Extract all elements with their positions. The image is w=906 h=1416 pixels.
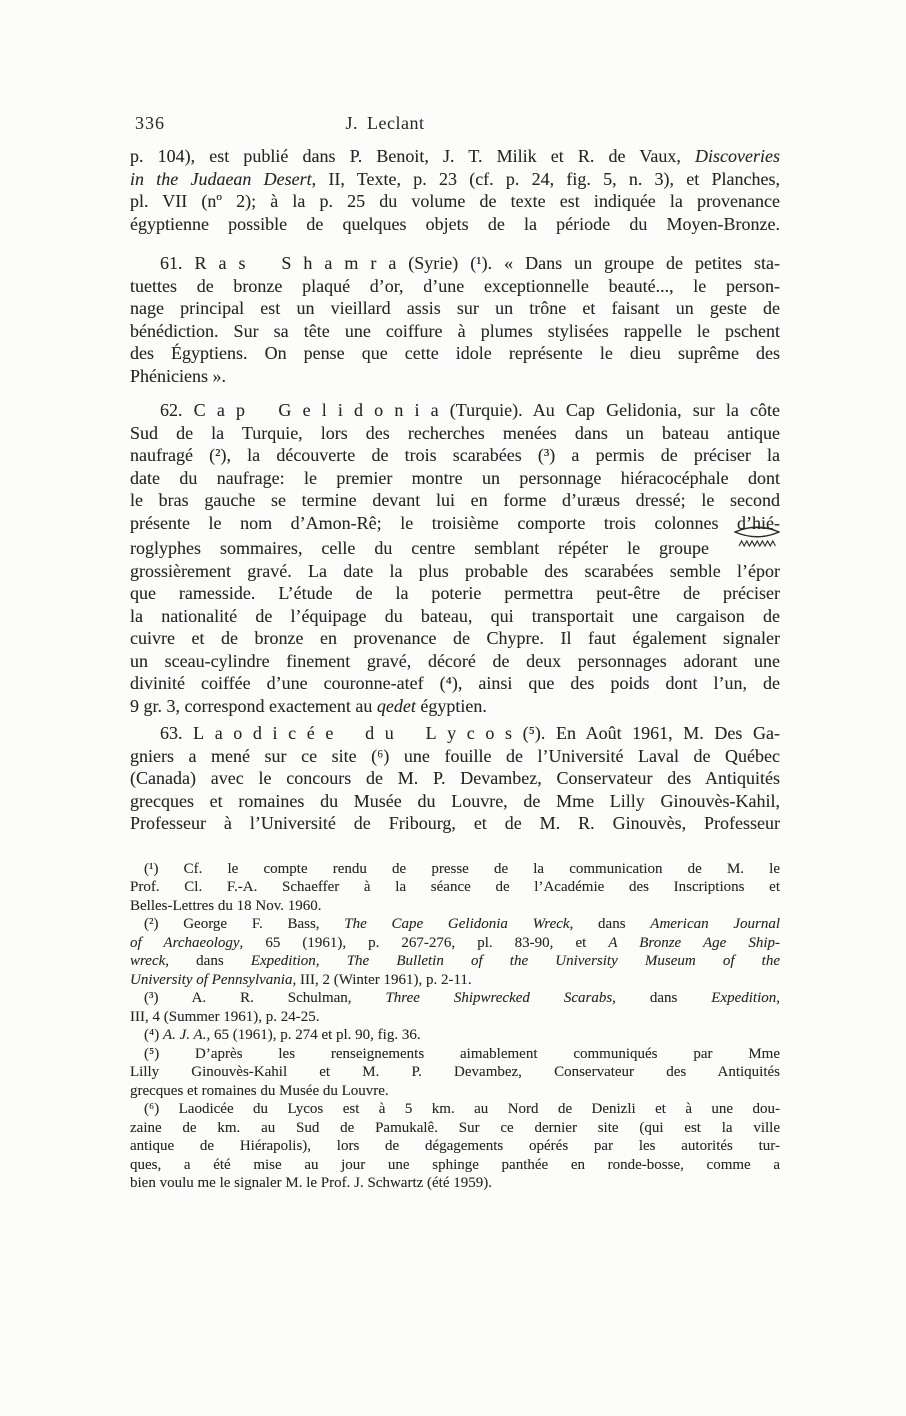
text-line: (⁵) D’après les renseignements aimableme… <box>130 1045 780 1064</box>
text-line: (³) A. R. Schulman, Three Shipwrecked Sc… <box>130 989 780 1008</box>
text-line: (⁴) A. J. A., 65 (1961), p. 274 et pl. 9… <box>130 1026 780 1045</box>
footnote-2: (²) George F. Bass, The Cape Gelidonia W… <box>130 915 780 989</box>
footnote-5: (⁵) D’après les renseignements aimableme… <box>130 1045 780 1101</box>
text-line: présente le nom d’Amon-Rê; le troisième … <box>130 512 780 535</box>
footnotes-block: (¹) Cf. le compte rendu de presse de la … <box>130 860 780 1193</box>
text-line: pl. VII (nº 2); à la p. 25 du volume de … <box>130 190 780 213</box>
text-line: bénédiction. Sur sa tête une coiffure à … <box>130 320 780 343</box>
text-line: grossièrement gravé. La date la plus pro… <box>130 560 780 583</box>
text-line: 61. R a s S h a m r a (Syrie) (¹). « Dan… <box>130 252 780 275</box>
section-61-ras-shamra: 61. R a s S h a m r a (Syrie) (¹). « Dan… <box>130 252 780 387</box>
text-line: Sud de la Turquie, lors des recherches m… <box>130 422 780 445</box>
section-62-cap-gelidonia: 62. C a p G e l i d o n i a (Turquie). A… <box>130 399 780 717</box>
running-header: 336 J. Leclant <box>130 113 780 135</box>
footnote-1: (¹) Cf. le compte rendu de presse de la … <box>130 860 780 916</box>
text-line: (Canada) avec le concours de M. P. Devam… <box>130 767 780 790</box>
body-text: p. 104), est publié dans P. Benoit, J. T… <box>130 145 780 835</box>
footnote-6: (⁶) Laodicée du Lycos est à 5 km. au Nor… <box>130 1100 780 1193</box>
text-line: University of Pennsylvania, III, 2 (Wint… <box>130 971 780 990</box>
text-line: que ramesside. L’étude de la poterie per… <box>130 582 780 605</box>
text-line: (¹) Cf. le compte rendu de presse de la … <box>130 860 780 879</box>
text-line: égyptienne possible de quelques objets d… <box>130 213 780 236</box>
text-line: of Archaeology, 65 (1961), p. 267-276, p… <box>130 934 780 953</box>
text-line: III, 4 (Summer 1961), p. 24-25. <box>130 1008 780 1027</box>
text-line: 62. C a p G e l i d o n i a (Turquie). A… <box>130 399 780 422</box>
text-line: zaine de km. au Sud de Pamukalê. Sur ce … <box>130 1119 780 1138</box>
footnote-4: (⁴) A. J. A., 65 (1961), p. 274 et pl. 9… <box>130 1026 780 1045</box>
text-line: divinité coiffée d’une couronne-atef (⁴)… <box>130 672 780 695</box>
text-line: cuivre et de bronze en provenance de Chy… <box>130 627 780 650</box>
text-line: naufragé (²), la découverte de trois sca… <box>130 444 780 467</box>
text-column: 336 J. Leclant p. 104), est publié dans … <box>130 113 780 1193</box>
text-line: antique de Hiérapolis), lors de dégageme… <box>130 1137 780 1156</box>
text-line: (⁶) Laodicée du Lycos est à 5 km. au Nor… <box>130 1100 780 1119</box>
hieroglyph-group-icon <box>734 534 780 560</box>
text-line: la nationalité de l’équipage du bateau, … <box>130 605 780 628</box>
text-line: roglyphes sommaires, celle du centre sem… <box>130 534 780 560</box>
text-line: 63. L a o d i c é e d u L y c o s (⁵). E… <box>130 722 780 745</box>
text-line: un sceau-cylindre finement gravé, décoré… <box>130 650 780 673</box>
scanned-journal-page: 336 J. Leclant p. 104), est publié dans … <box>0 0 906 1416</box>
paragraph-continuation: p. 104), est publié dans P. Benoit, J. T… <box>130 145 780 235</box>
text-line: 9 gr. 3, correspond exactement au qedet … <box>130 695 780 718</box>
text-line: grecques et romaines du Musée du Louvre. <box>130 1082 780 1101</box>
text-line: le bras gauche se termine devant lui en … <box>130 489 780 512</box>
text-line: (²) George F. Bass, The Cape Gelidonia W… <box>130 915 780 934</box>
text-line: des Égyptiens. On pense que cette idole … <box>130 342 780 365</box>
text-line: in the Judaean Desert, II, Texte, p. 23 … <box>130 168 780 191</box>
text-line: gniers a mené sur ce site (⁶) une fouill… <box>130 745 780 768</box>
text-line: bien voulu me le signaler M. le Prof. J.… <box>130 1174 780 1193</box>
text-line: Prof. Cl. F.-A. Schaeffer à la séance de… <box>130 878 780 897</box>
text-line: Lilly Ginouvès-Kahil et M. P. Devambez, … <box>130 1063 780 1082</box>
text-line: tuettes de bronze plaqué d’or, d’une exc… <box>130 275 780 298</box>
text-line: Belles-Lettres du 18 Nov. 1960. <box>130 897 780 916</box>
text-line: grecques et romaines du Musée du Louvre,… <box>130 790 780 813</box>
section-63-laodicee-du-lycos: 63. L a o d i c é e d u L y c o s (⁵). E… <box>130 722 780 835</box>
text-line: wreck, dans Expedition, The Bulletin of … <box>130 952 780 971</box>
running-head-author: J. Leclant <box>346 113 425 134</box>
text-line: p. 104), est publié dans P. Benoit, J. T… <box>130 145 780 168</box>
text-line: Phéniciens ». <box>130 365 780 388</box>
text-line: nage principal est un vieillard assis su… <box>130 297 780 320</box>
text-line: ques, a été mise au jour une sphinge pan… <box>130 1156 780 1175</box>
text-line: Professeur à l’Université de Fribourg, e… <box>130 812 780 835</box>
text-line: date du naufrage: le premier montre un p… <box>130 467 780 490</box>
footnote-3: (³) A. R. Schulman, Three Shipwrecked Sc… <box>130 989 780 1026</box>
page-number: 336 <box>135 113 165 134</box>
